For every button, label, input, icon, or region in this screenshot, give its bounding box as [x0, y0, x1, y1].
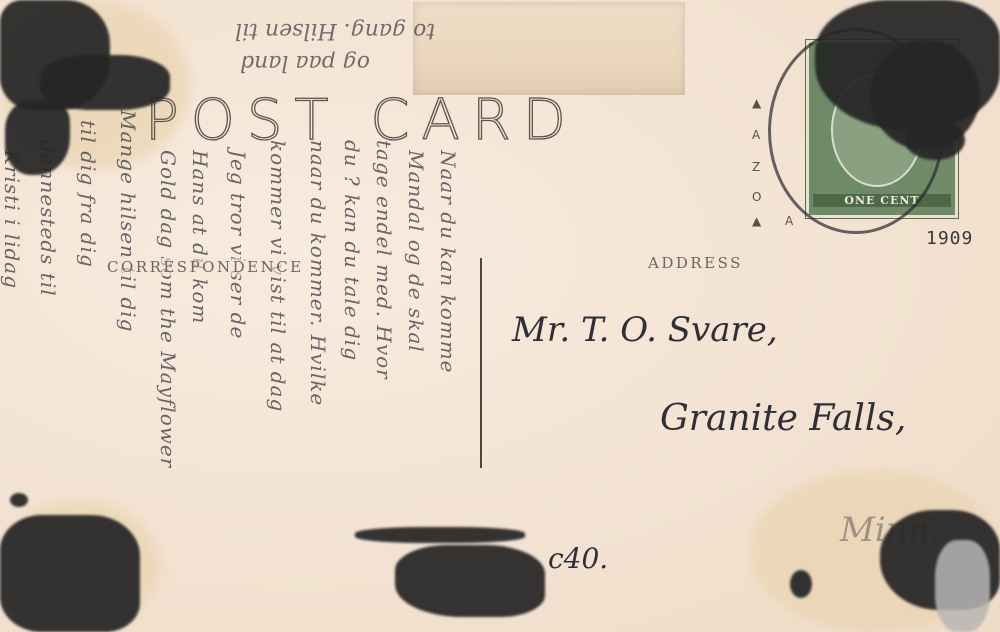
tape-residue	[413, 2, 685, 95]
adhesive-residue	[395, 545, 545, 617]
handwriting-line: Mange hilsen til dig	[116, 110, 140, 332]
address-line-city: Granite Falls,	[660, 398, 906, 439]
stamp-box-letter: O	[752, 190, 761, 204]
correspondence-label: CORRESPONDENCE	[107, 258, 304, 276]
address-line-name: Mr. T. O. Svare,	[512, 310, 778, 350]
handwriting-line: Hans at du kom	[188, 150, 212, 324]
stamp-box-letter: A	[752, 128, 760, 142]
pencil-note: c40.	[548, 542, 608, 575]
address-label: ADDRESS	[648, 254, 743, 272]
handwriting-line: til dig fra dig	[76, 120, 100, 268]
stamp-box-letter: A	[785, 214, 793, 228]
triangle-icon: ▲	[752, 96, 761, 110]
postcard-back: POST CARD to gang. Hilsen til og paa lan…	[0, 0, 1000, 632]
handwriting-line: Mandal og de skal	[404, 150, 428, 353]
center-divider	[480, 258, 482, 468]
handwriting-line: tage endel med. Hvor	[372, 140, 396, 380]
handwriting-line: Jeg tror vi ser de	[226, 150, 250, 339]
inverted-handwriting-line: og paa land	[240, 50, 370, 75]
adhesive-residue	[10, 493, 28, 507]
handwriting-line: Naar du kan komme	[436, 150, 460, 374]
adhesive-residue	[935, 540, 990, 632]
postmark-year: 1909	[926, 228, 973, 249]
handwriting-line: du ? kan du tale dig	[340, 140, 364, 361]
adhesive-residue	[905, 120, 965, 160]
triangle-icon: ▲	[752, 214, 761, 228]
handwriting-line: Gold dag som the Mayflower	[156, 150, 180, 468]
inverted-handwriting-line: to gang. Hilsen til	[235, 18, 435, 43]
adhesive-residue	[5, 100, 70, 175]
handwriting-line: naar du kommer. Hvilke	[306, 140, 330, 406]
stamp-box-letter: Z	[752, 160, 760, 174]
handwriting-line: kommer vi vist til at dag	[266, 140, 290, 412]
adhesive-residue	[790, 570, 812, 598]
adhesive-residue	[0, 515, 140, 632]
adhesive-residue	[355, 527, 525, 543]
